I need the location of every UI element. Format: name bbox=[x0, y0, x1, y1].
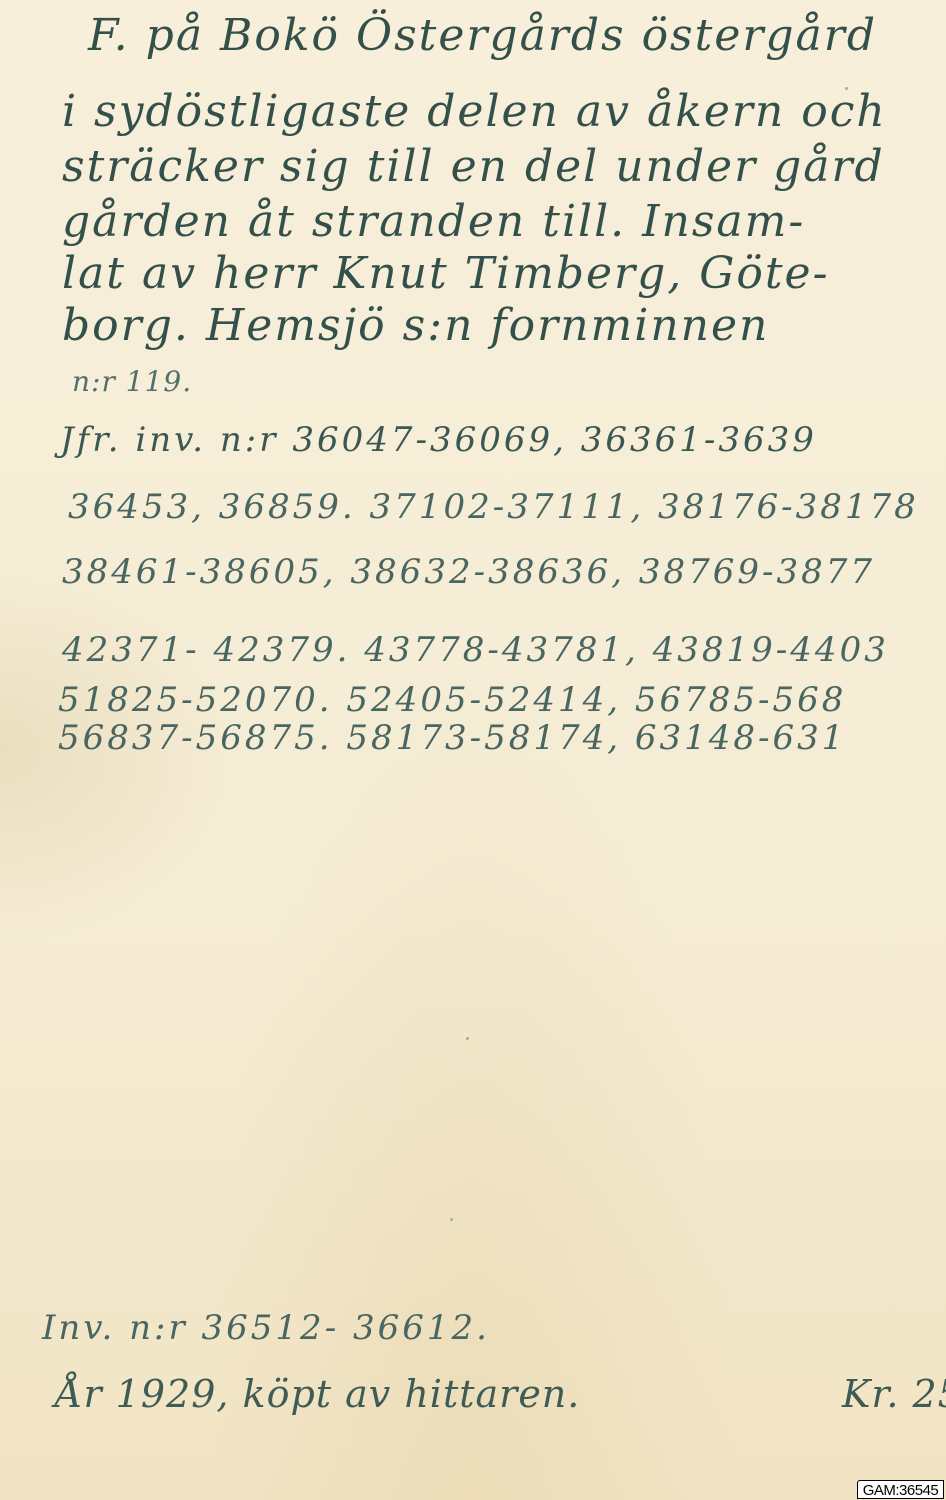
reference-line-5: 51825-52070. 52405-52414, 56785-568 bbox=[58, 680, 846, 720]
catalogue-page: F. på Bokö Östergårds östergård i sydöst… bbox=[0, 0, 946, 1500]
acquisition-note: År 1929, köpt av hittaren. bbox=[55, 1372, 580, 1416]
entry-line-3: sträcker sig till en del under gård bbox=[62, 141, 885, 192]
reference-line-4: 42371- 42379. 43778-43781, 43819-4403 bbox=[62, 630, 889, 670]
reference-line-1: Jfr. inv. n:r 36047-36069, 36361-3639 bbox=[60, 420, 817, 460]
entry-line-1: F. på Bokö Östergårds östergård bbox=[88, 10, 877, 61]
catalogue-id-label: GAM:36545 bbox=[857, 1480, 944, 1499]
paper-speck bbox=[845, 87, 848, 90]
reference-line-6: 56837-56875. 58173-58174, 63148-631 bbox=[58, 718, 846, 758]
entry-line-4: gården åt stranden till. Insam- bbox=[62, 196, 805, 247]
entry-line-2: i sydöstligaste delen av åkern och bbox=[62, 86, 887, 137]
paper-speck bbox=[450, 1218, 453, 1221]
paper-speck bbox=[466, 1037, 469, 1040]
entry-line-7: n:r 119. bbox=[72, 365, 192, 398]
entry-line-6: borg. Hemsjö s:n fornminnen bbox=[62, 300, 769, 351]
entry-line-5: lat av herr Knut Timberg, Göte- bbox=[62, 248, 829, 299]
inventory-number: Inv. n:r 36512- 36612. bbox=[42, 1308, 490, 1348]
reference-line-3: 38461-38605, 38632-38636, 38769-3877 bbox=[62, 552, 875, 592]
reference-line-2: 36453, 36859. 37102-37111, 38176-38178 bbox=[68, 487, 919, 527]
price-note: Kr. 25 bbox=[842, 1372, 946, 1416]
